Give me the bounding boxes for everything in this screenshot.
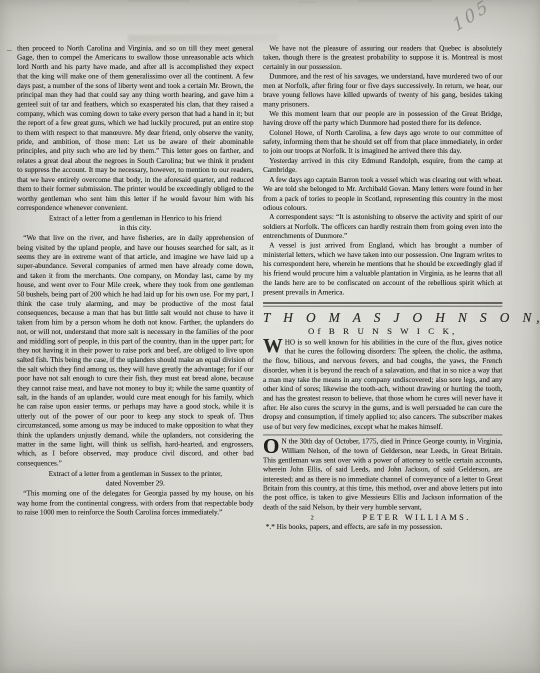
death-notice-postscript: *.* His books, papers, and effects, are … xyxy=(263,523,502,532)
section-divider-rule xyxy=(263,435,502,436)
advertisement-subtitle: Of B R U N S W I C K, xyxy=(263,326,502,336)
advertisement-title: T H O M A S J O H N S O N, xyxy=(263,311,502,326)
sussex-letter-paragraph: “This morning one of the delegates for G… xyxy=(17,489,254,517)
signature-name: PETER WILLIAMS. xyxy=(362,513,470,522)
heading-line: dated November 29. xyxy=(17,479,254,488)
drop-cap-w: W xyxy=(263,338,285,354)
drop-cap-o: O xyxy=(263,437,281,454)
page-edge-smudge xyxy=(128,0,190,2)
news-item: We this moment learn that our people are… xyxy=(263,110,502,129)
handwritten-page-number: 105 xyxy=(450,0,517,36)
henrico-letter-heading: Extract of a letter from a gentleman in … xyxy=(17,214,254,233)
margin-mark: – xyxy=(7,45,12,55)
page-edge-smudge xyxy=(358,0,432,2)
death-notice-body: ON the 30th day of October, 1775, died i… xyxy=(263,437,502,512)
left-column: then proceed to North Carolina and Virgi… xyxy=(17,44,254,517)
advertisement-body: WHO is so well known for his abilities i… xyxy=(263,338,502,432)
heading-line: Extract of a letter from a gentleman in … xyxy=(17,470,254,479)
right-column: We have not the pleasure of assuring our… xyxy=(263,44,502,532)
signature-line: 2 PETER WILLIAMS. xyxy=(263,513,502,523)
ink-bleed-smudge xyxy=(128,35,278,42)
news-item: Yesterday arrived in this city Edmund Ra… xyxy=(263,157,502,176)
news-item: Dunmore, and the rest of his savages, we… xyxy=(263,72,502,110)
news-section: We have not the pleasure of assuring our… xyxy=(263,44,502,297)
death-notice-text: N the 30th day of October, 1775, died in… xyxy=(263,438,502,511)
heading-line: in this city. xyxy=(17,224,254,233)
newspaper-page: 105 – then proceed to North Carolina and… xyxy=(0,0,540,673)
advertisement-text: HO is so well known for his abilities in… xyxy=(263,339,502,431)
news-item: A vessel is just arrived from England, w… xyxy=(263,241,502,297)
sussex-letter-heading: Extract of a letter from a gentleman in … xyxy=(17,470,254,489)
news-item: Colonel Howe, of North Carolina, a few d… xyxy=(263,128,502,156)
news-item: We have not the pleasure of assuring our… xyxy=(263,44,502,72)
heading-line: Extract of a letter from a gentleman in … xyxy=(17,214,254,223)
news-item: A correspondent says: “It is astonishing… xyxy=(263,213,502,241)
gage-letter-paragraph: then proceed to North Carolina and Virgi… xyxy=(17,44,254,213)
signature-mark: 2 xyxy=(311,513,314,522)
news-item: A few days ago captain Barron took a ves… xyxy=(263,175,502,213)
henrico-letter-paragraph: “We that live on the river, and have fis… xyxy=(17,234,254,469)
section-divider-double-rule xyxy=(263,302,502,306)
page-edge-smudge xyxy=(298,1,316,3)
